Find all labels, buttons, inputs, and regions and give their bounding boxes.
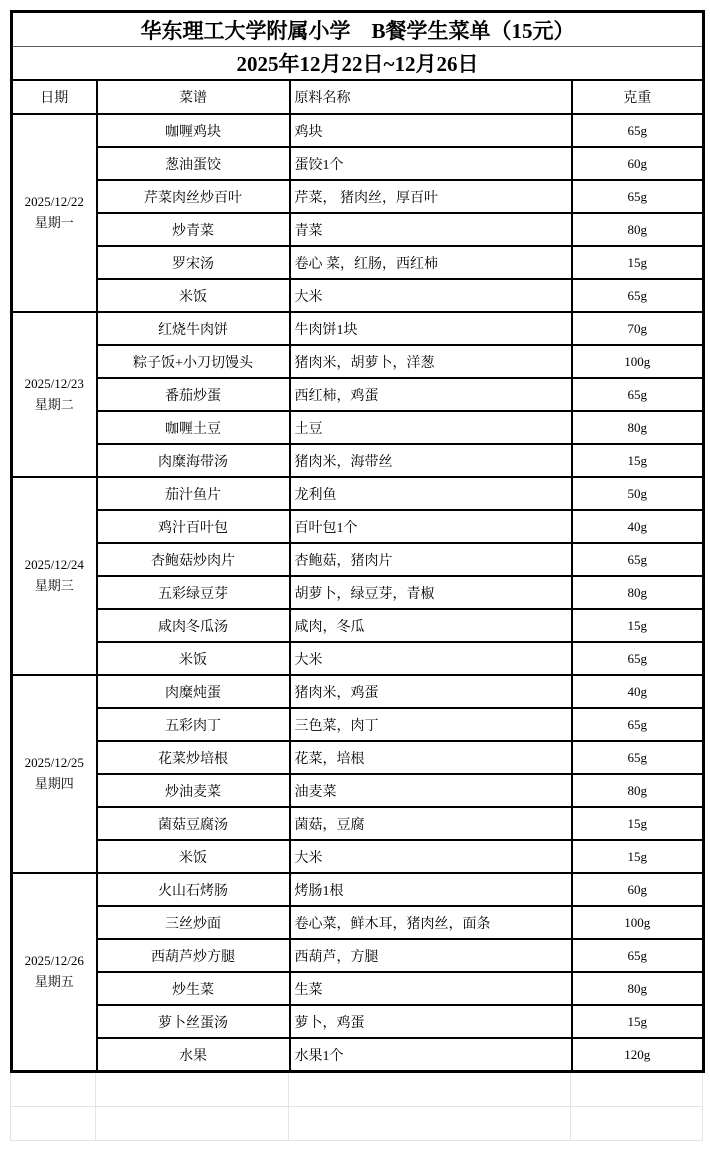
dish-row: 葱油蛋饺蛋饺1个60g [12,147,704,180]
ingredients-cell: 三色菜，肉丁 [290,708,572,741]
weight-cell: 65g [572,279,704,312]
dish-name-cell: 茄汁鱼片 [97,477,290,510]
dish-name-cell: 五彩肉丁 [97,708,290,741]
dish-row: 菌菇豆腐汤菌菇，豆腐15g [12,807,704,840]
dish-row: 花菜炒培根花菜，培根65g [12,741,704,774]
ingredients-cell: 菌菇，豆腐 [290,807,572,840]
weight-cell: 40g [572,510,704,543]
empty-row [11,1107,703,1141]
weight-cell: 65g [572,378,704,411]
dish-row: 2025/12/25星期四肉糜炖蛋猪肉米，鸡蛋40g [12,675,704,708]
menu-title: 华东理工大学附属小学 B餐学生菜单（15元） [12,12,704,47]
ingredients-cell: 大米 [290,642,572,675]
ingredients-cell: 青菜 [290,213,572,246]
ingredients-cell: 大米 [290,840,572,873]
ingredients-cell: 牛肉饼1块 [290,312,572,345]
weight-cell: 65g [572,114,704,147]
menu-table: 华东理工大学附属小学 B餐学生菜单（15元） 2025年12月22日~12月26… [10,10,705,1073]
weight-cell: 65g [572,939,704,972]
menu-sheet: 华东理工大学附属小学 B餐学生菜单（15元） 2025年12月22日~12月26… [0,0,710,1141]
dish-name-cell: 咖喱鸡块 [97,114,290,147]
dish-row: 2025/12/23星期二红烧牛肉饼牛肉饼1块70g [12,312,704,345]
dish-row: 水果水果1个120g [12,1038,704,1072]
weight-cell: 100g [572,345,704,378]
ingredients-cell: 猪肉米，海带丝 [290,444,572,477]
weight-cell: 80g [572,774,704,807]
weight-cell: 15g [572,444,704,477]
col-header-ingredients: 原料名称 [290,80,572,114]
dish-row: 炒青菜青菜80g [12,213,704,246]
dish-row: 咖喱土豆土豆80g [12,411,704,444]
col-header-weight: 克重 [572,80,704,114]
empty-grid [10,1073,703,1141]
dish-name-cell: 三丝炒面 [97,906,290,939]
dish-name-cell: 肉糜炖蛋 [97,675,290,708]
dish-name-cell: 罗宋汤 [97,246,290,279]
dish-row: 2025/12/26星期五火山石烤肠烤肠1根60g [12,873,704,906]
ingredients-cell: 咸肉，冬瓜 [290,609,572,642]
weight-cell: 80g [572,411,704,444]
dish-name-cell: 萝卜丝蛋汤 [97,1005,290,1038]
weight-cell: 60g [572,147,704,180]
weight-cell: 80g [572,576,704,609]
dish-row: 米饭大米65g [12,642,704,675]
date-text: 2025/12/25 [14,753,95,774]
ingredients-cell: 猪肉米，胡萝卜，洋葱 [290,345,572,378]
date-cell: 2025/12/24星期三 [12,477,97,675]
ingredients-cell: 油麦菜 [290,774,572,807]
weight-cell: 15g [572,246,704,279]
weight-cell: 60g [572,873,704,906]
dish-name-cell: 菌菇豆腐汤 [97,807,290,840]
dish-row: 萝卜丝蛋汤萝卜，鸡蛋15g [12,1005,704,1038]
empty-cell [571,1107,703,1141]
dish-row: 炒油麦菜油麦菜80g [12,774,704,807]
weight-cell: 65g [572,708,704,741]
date-text: 2025/12/22 [14,192,95,213]
weight-cell: 15g [572,840,704,873]
date-text: 2025/12/24 [14,555,95,576]
ingredients-cell: 芹菜， 猪肉丝，厚百叶 [290,180,572,213]
dish-name-cell: 葱油蛋饺 [97,147,290,180]
col-header-date: 日期 [12,80,97,114]
dish-row: 五彩绿豆芽胡萝卜，绿豆芽，青椒80g [12,576,704,609]
dish-name-cell: 番茄炒蛋 [97,378,290,411]
ingredients-cell: 杏鲍菇，猪肉片 [290,543,572,576]
date-text: 2025/12/23 [14,374,95,395]
dish-row: 2025/12/22星期一咖喱鸡块鸡块65g [12,114,704,147]
weight-cell: 65g [572,543,704,576]
empty-row [11,1073,703,1107]
weight-cell: 15g [572,1005,704,1038]
dish-name-cell: 炒青菜 [97,213,290,246]
weight-cell: 15g [572,609,704,642]
ingredients-cell: 西葫芦，方腿 [290,939,572,972]
dish-row: 三丝炒面卷心菜，鲜木耳，猪肉丝，面条100g [12,906,704,939]
date-text: 2025/12/26 [14,951,95,972]
ingredients-cell: 西红柿，鸡蛋 [290,378,572,411]
weekday-text: 星期五 [14,972,95,993]
ingredients-cell: 水果1个 [290,1038,572,1072]
dish-row: 罗宋汤卷心 菜，红肠，西红柿15g [12,246,704,279]
weight-cell: 100g [572,906,704,939]
ingredients-cell: 蛋饺1个 [290,147,572,180]
date-cell: 2025/12/22星期一 [12,114,97,312]
dish-row: 芹菜肉丝炒百叶芹菜， 猪肉丝，厚百叶65g [12,180,704,213]
weight-cell: 65g [572,642,704,675]
empty-cell [11,1107,96,1141]
date-cell: 2025/12/26星期五 [12,873,97,1072]
dish-row: 五彩肉丁三色菜，肉丁65g [12,708,704,741]
weight-cell: 50g [572,477,704,510]
empty-cell [96,1073,289,1107]
ingredients-cell: 卷心 菜，红肠，西红柿 [290,246,572,279]
dish-name-cell: 鸡汁百叶包 [97,510,290,543]
empty-cell [289,1107,571,1141]
empty-cell [289,1073,571,1107]
ingredients-cell: 烤肠1根 [290,873,572,906]
ingredients-cell: 龙利鱼 [290,477,572,510]
ingredients-cell: 百叶包1个 [290,510,572,543]
dish-name-cell: 五彩绿豆芽 [97,576,290,609]
weight-cell: 80g [572,213,704,246]
dish-name-cell: 火山石烤肠 [97,873,290,906]
weekday-text: 星期四 [14,774,95,795]
ingredients-cell: 猪肉米，鸡蛋 [290,675,572,708]
dish-name-cell: 炒生菜 [97,972,290,1005]
dish-row: 番茄炒蛋西红柿，鸡蛋65g [12,378,704,411]
weekday-text: 星期一 [14,213,95,234]
dish-name-cell: 西葫芦炒方腿 [97,939,290,972]
weight-cell: 120g [572,1038,704,1072]
ingredients-cell: 胡萝卜，绿豆芽，青椒 [290,576,572,609]
ingredients-cell: 卷心菜，鲜木耳，猪肉丝，面条 [290,906,572,939]
empty-cell [96,1107,289,1141]
dish-row: 鸡汁百叶包百叶包1个40g [12,510,704,543]
dish-name-cell: 粽子饭+小刀切馒头 [97,345,290,378]
dish-row: 咸肉冬瓜汤咸肉，冬瓜15g [12,609,704,642]
ingredients-cell: 土豆 [290,411,572,444]
dish-name-cell: 花菜炒培根 [97,741,290,774]
weight-cell: 40g [572,675,704,708]
ingredients-cell: 生菜 [290,972,572,1005]
date-cell: 2025/12/25星期四 [12,675,97,873]
empty-cell [571,1073,703,1107]
dish-name-cell: 炒油麦菜 [97,774,290,807]
weight-cell: 15g [572,807,704,840]
dish-name-cell: 米饭 [97,642,290,675]
dish-row: 2025/12/24星期三茄汁鱼片龙利鱼50g [12,477,704,510]
dish-name-cell: 米饭 [97,279,290,312]
dish-name-cell: 红烧牛肉饼 [97,312,290,345]
dish-row: 肉糜海带汤猪肉米，海带丝15g [12,444,704,477]
weight-cell: 80g [572,972,704,1005]
dish-name-cell: 芹菜肉丝炒百叶 [97,180,290,213]
ingredients-cell: 萝卜，鸡蛋 [290,1005,572,1038]
dish-name-cell: 米饭 [97,840,290,873]
dish-name-cell: 杏鲍菇炒肉片 [97,543,290,576]
dish-name-cell: 咖喱土豆 [97,411,290,444]
weekday-text: 星期二 [14,395,95,416]
dish-name-cell: 水果 [97,1038,290,1072]
ingredients-cell: 大米 [290,279,572,312]
weekday-text: 星期三 [14,576,95,597]
weight-cell: 65g [572,741,704,774]
dish-row: 炒生菜生菜80g [12,972,704,1005]
dish-row: 粽子饭+小刀切馒头猪肉米，胡萝卜，洋葱100g [12,345,704,378]
dish-name-cell: 肉糜海带汤 [97,444,290,477]
col-header-dish: 菜谱 [97,80,290,114]
date-range: 2025年12月22日~12月26日 [12,47,704,81]
dish-row: 西葫芦炒方腿西葫芦，方腿65g [12,939,704,972]
dish-row: 米饭大米15g [12,840,704,873]
empty-cell [11,1073,96,1107]
weight-cell: 70g [572,312,704,345]
ingredients-cell: 花菜，培根 [290,741,572,774]
dish-name-cell: 咸肉冬瓜汤 [97,609,290,642]
dish-row: 杏鲍菇炒肉片杏鲍菇，猪肉片65g [12,543,704,576]
date-cell: 2025/12/23星期二 [12,312,97,477]
weight-cell: 65g [572,180,704,213]
ingredients-cell: 鸡块 [290,114,572,147]
dish-row: 米饭大米65g [12,279,704,312]
